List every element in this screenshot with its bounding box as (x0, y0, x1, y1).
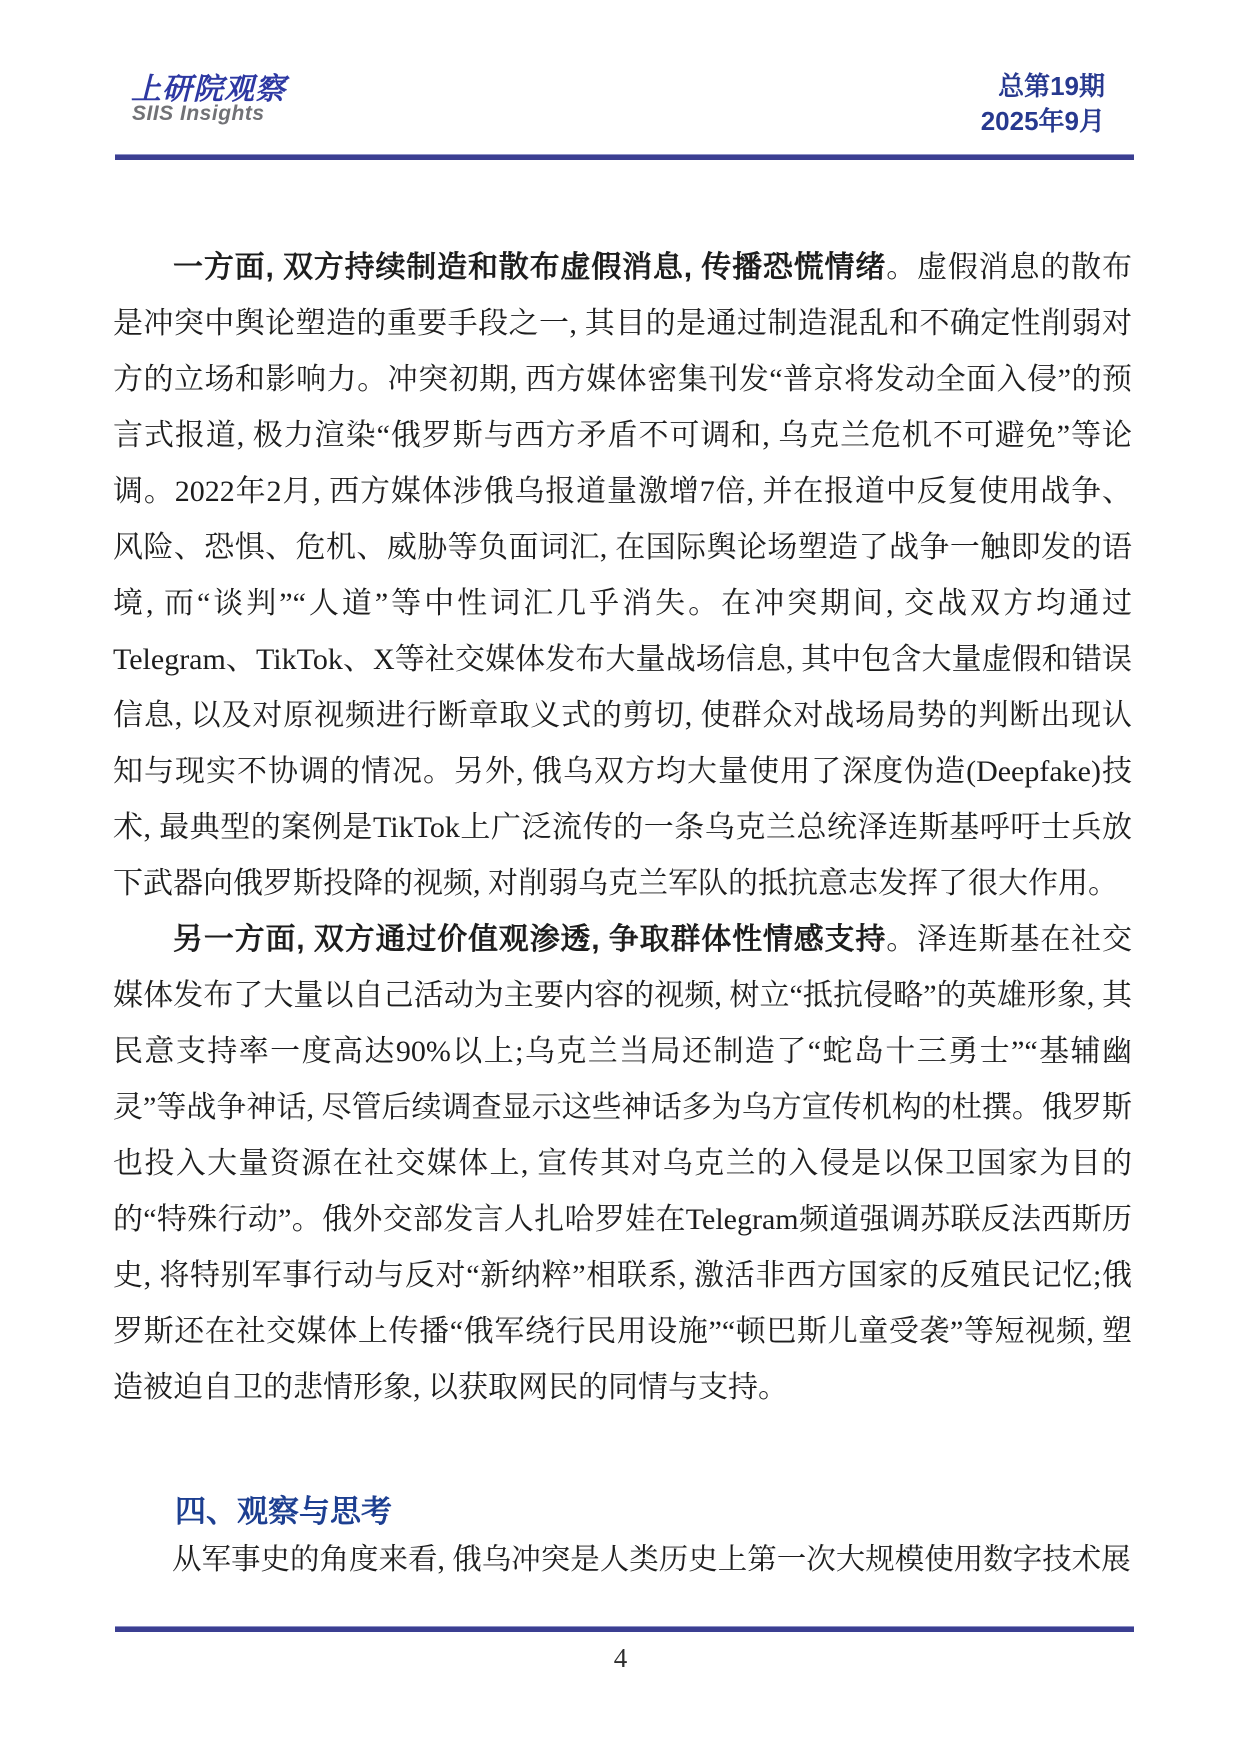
paragraph-1-text: 。虚假消息的散布是冲突中舆论塑造的重要手段之一, 其目的是通过制造混乱和不确定性… (113, 251, 1132, 900)
paragraph-1-lead: 一方面, 双方持续制造和散布虚假消息, 传播恐慌情绪 (173, 251, 886, 284)
paragraph-2: 另一方面, 双方通过价值观渗透, 争取群体性情感支持。泽连斯基在社交媒体发布了大… (113, 912, 1132, 1416)
section-heading: 四、观察与思考 (113, 1486, 392, 1531)
issue-number: 总第19期 (981, 69, 1105, 104)
paragraph-2-lead: 另一方面, 双方通过价值观渗透, 争取群体性情感支持 (173, 923, 886, 956)
logo-english: SIIS Insights (132, 102, 265, 126)
footer-rule (115, 1626, 1134, 1632)
body-text: 一方面, 双方持续制造和散布虚假消息, 传播恐慌情绪。虚假消息的散布是冲突中舆论… (113, 240, 1132, 1416)
issue-info: 总第19期 2025年9月 (981, 69, 1105, 139)
page-number: 4 (0, 1643, 1241, 1674)
paragraph-3: 从军事史的角度来看, 俄乌冲突是人类历史上第一次大规模使用数字技术展 (113, 1532, 1233, 1588)
paragraph-1: 一方面, 双方持续制造和散布虚假消息, 传播恐慌情绪。虚假消息的散布是冲突中舆论… (113, 240, 1132, 912)
header-rule (115, 154, 1134, 160)
document-page: 上研院观察 SIIS Insights 总第19期 2025年9月 一方面, 双… (0, 0, 1241, 1754)
issue-date: 2025年9月 (981, 104, 1105, 139)
paragraph-2-text: 。泽连斯基在社交媒体发布了大量以自己活动为主要内容的视频, 树立“抵抗侵略”的英… (113, 923, 1132, 1404)
